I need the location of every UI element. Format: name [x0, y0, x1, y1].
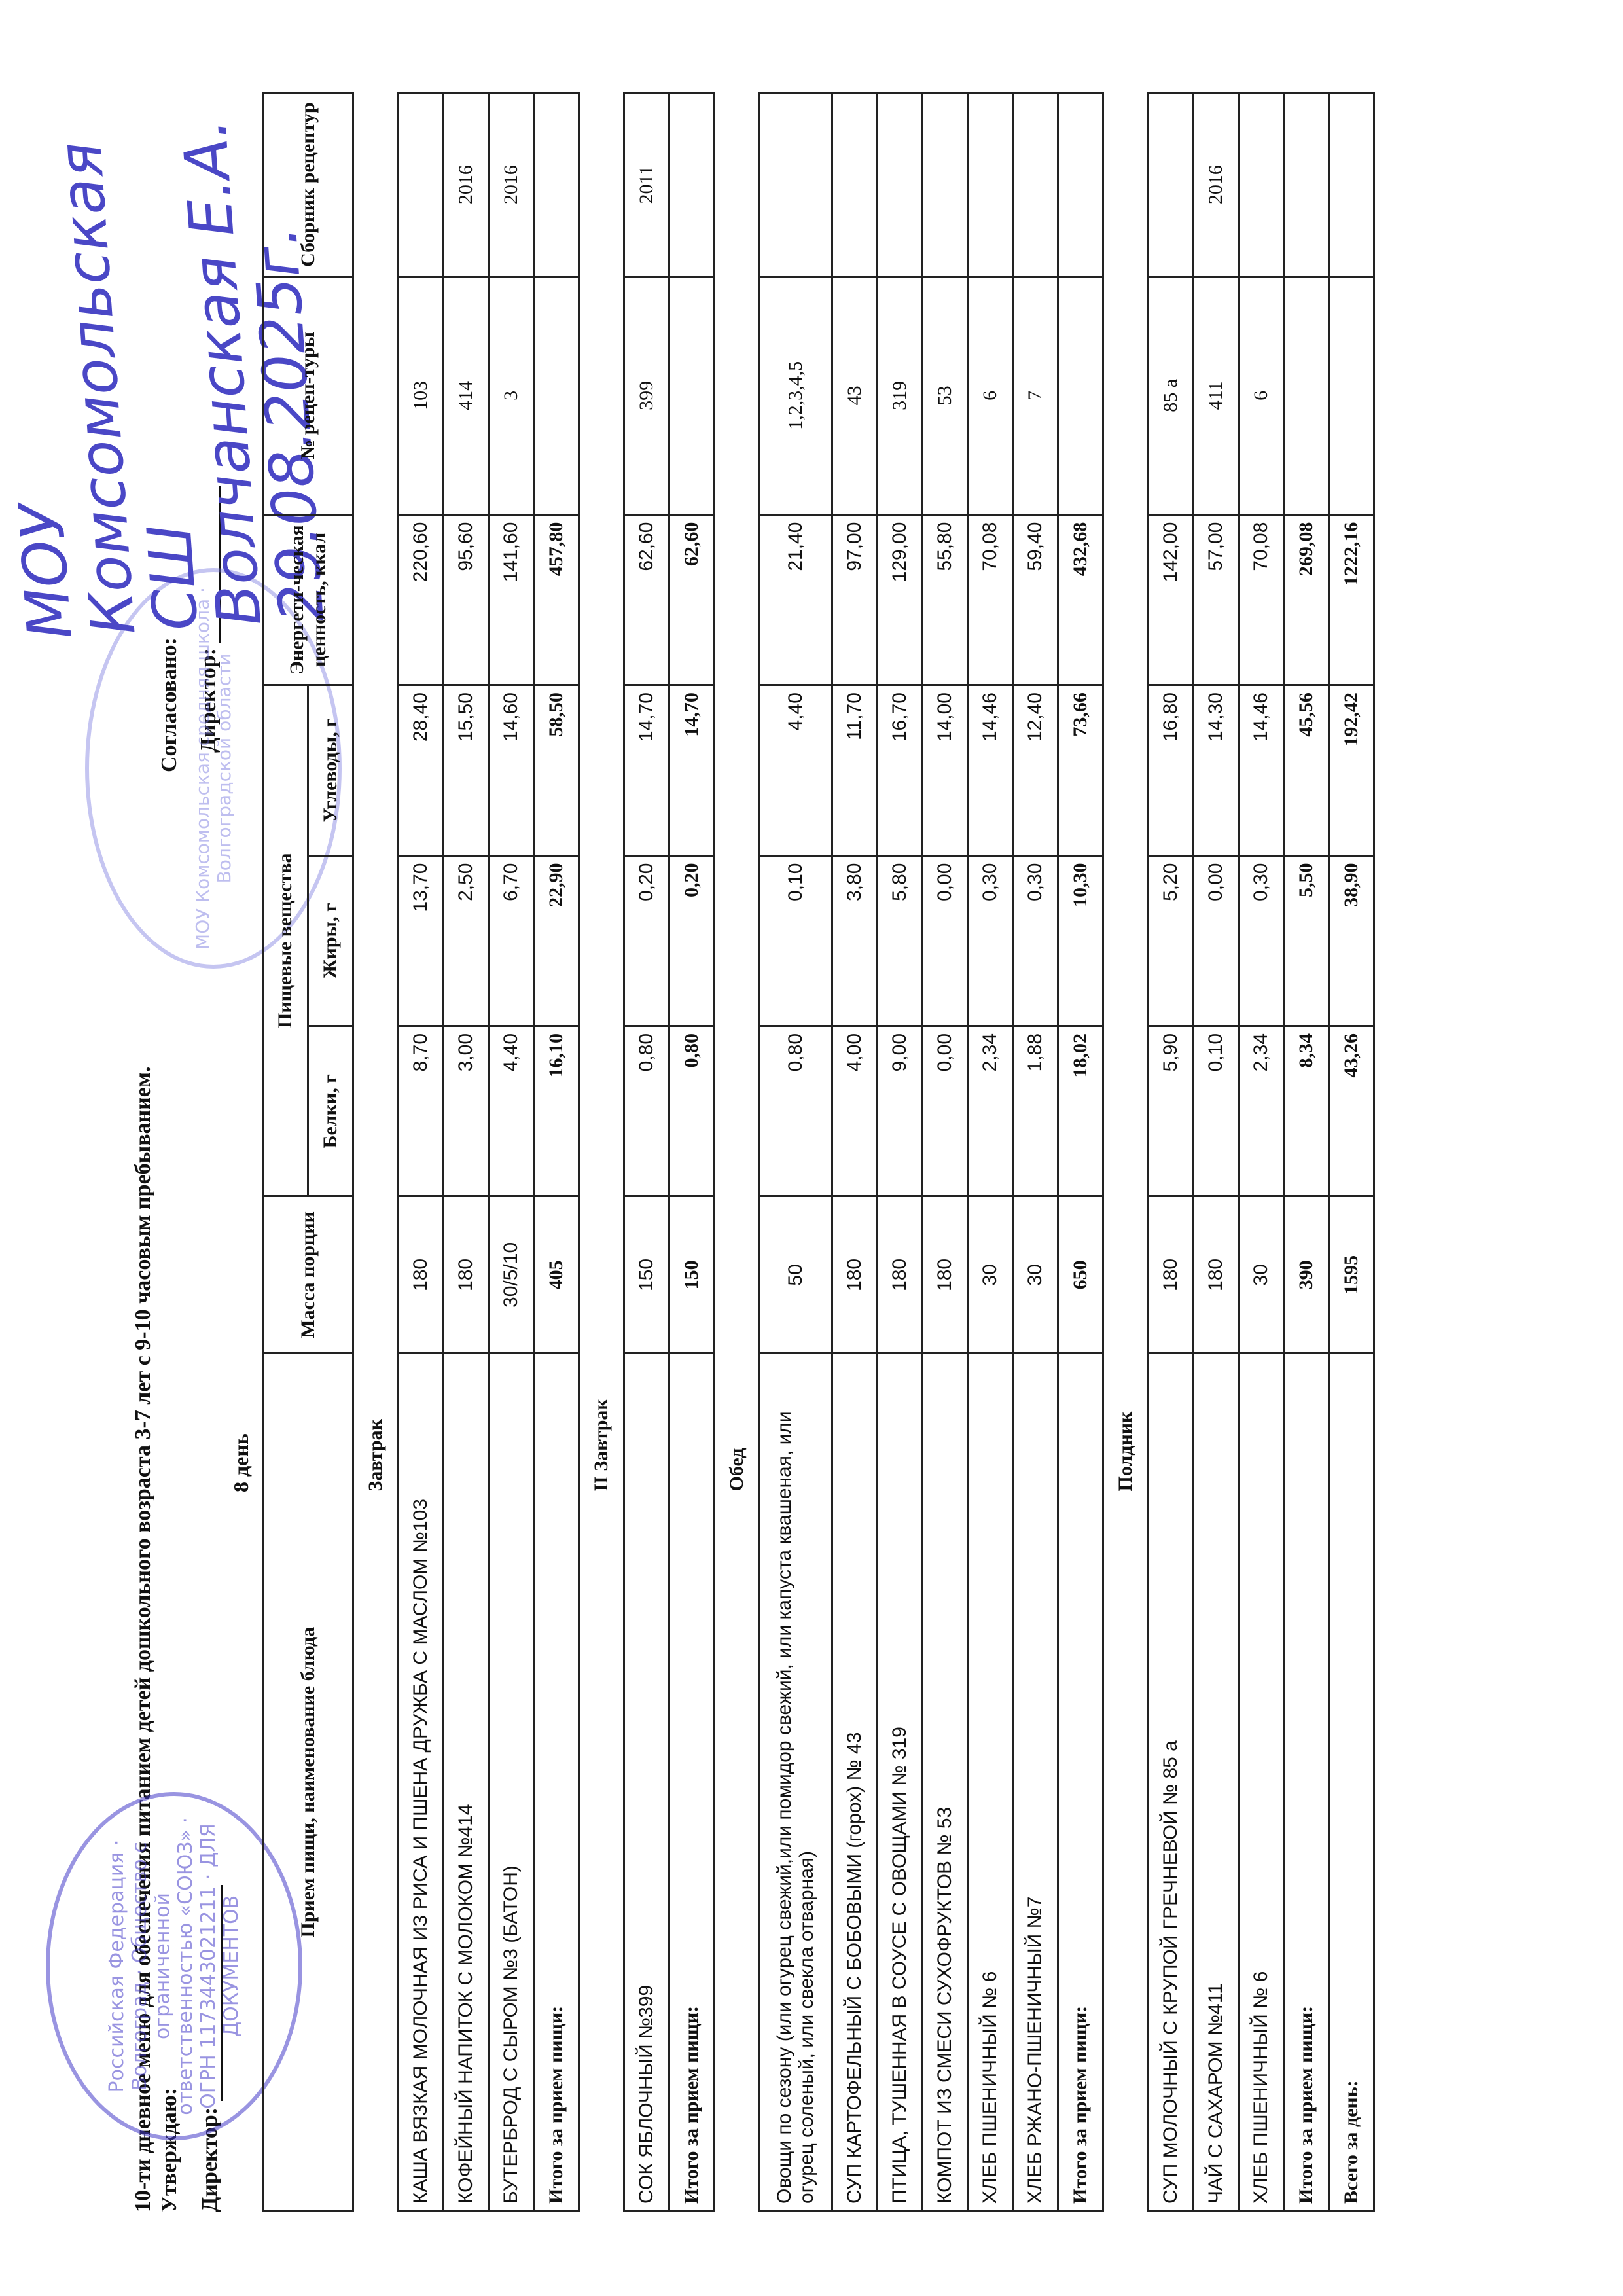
meal-total-row: Итого за прием пищи:65018,0210,3073,6643…	[1058, 93, 1103, 2212]
section-title: Завтрак	[353, 93, 399, 2212]
cell-carbs: 14,46	[968, 685, 1013, 855]
cell-name: СУП МОЛОЧНЫЙ С КРУПОЙ ГРЕЧНЕВОЙ № 85 а	[1149, 1354, 1194, 2212]
cell-name: КОФЕЙНЫЙ НАПИТОК С МОЛОКОМ №414	[444, 1354, 489, 2212]
cell-protein: 8,70	[399, 1026, 444, 1196]
cell-recipe: 6	[1239, 277, 1284, 514]
cell-mass: 180	[444, 1196, 489, 1354]
cell-protein: 0,00	[923, 1026, 968, 1196]
cell-carbs: 14,70	[669, 685, 715, 855]
cell-protein: 2,34	[968, 1026, 1013, 1196]
cell-energy: 21,40	[760, 514, 832, 685]
cell-collection	[1058, 93, 1103, 277]
table-row: ПТИЦА, ТУШЕННАЯ В СОУСЕ С ОВОЩАМИ № 3191…	[878, 93, 923, 2212]
cell-name: Итого за прием пищи:	[669, 1354, 715, 2212]
cell-recipe	[1058, 277, 1103, 514]
cell-fat: 5,80	[878, 855, 923, 1026]
cell-name: Итого за прием пищи:	[1284, 1354, 1329, 2212]
cell-name: ХЛЕБ ПШЕНИЧНЫЙ № 6	[968, 1354, 1013, 2212]
stamp-text: Российская Федерация · Волгоград · Общес…	[105, 1796, 243, 2136]
cell-name: СУП КАРТОФЕЛЬНЫЙ С БОБОВЫМИ (горох) № 43	[832, 1354, 878, 2212]
cell-mass: 180	[878, 1196, 923, 1354]
cell-fat: 0,00	[1194, 855, 1239, 1026]
cell-name: Итого за прием пищи:	[534, 1354, 579, 2212]
cell-mass: 30	[1239, 1196, 1284, 1354]
cell-carbs: 14,00	[923, 685, 968, 855]
cell-fat: 0,20	[624, 855, 669, 1026]
cell-energy: 62,60	[669, 514, 715, 685]
cell-fat: 13,70	[399, 855, 444, 1026]
cell-recipe: 85 а	[1149, 277, 1194, 514]
cell-carbs: 16,80	[1149, 685, 1194, 855]
cell-collection	[1013, 93, 1058, 277]
cell-protein: 8,34	[1284, 1026, 1329, 1196]
cell-fat: 22,90	[534, 855, 579, 1026]
cell-carbs: 15,50	[444, 685, 489, 855]
menu-table: Прием пищи, наименование блюда Масса пор…	[262, 92, 1375, 2212]
cell-mass: 180	[832, 1196, 878, 1354]
cell-carbs: 12,40	[1013, 685, 1058, 855]
cell-recipe	[1329, 277, 1374, 514]
section-title: Полдник	[1103, 93, 1149, 2212]
cell-fat: 0,20	[669, 855, 715, 1026]
cell-name: ХЛЕБ ПШЕНИЧНЫЙ № 6	[1239, 1354, 1284, 2212]
table-row: ХЛЕБ ПШЕНИЧНЫЙ № 6302,340,3014,4670,086	[968, 93, 1013, 2212]
cell-carbs: 14,70	[624, 685, 669, 855]
cell-name: СОК ЯБЛОЧНЫЙ №399	[624, 1354, 669, 2212]
table-row: БУТЕРБРОД С СЫРОМ №3 (БАТОН)30/5/104,406…	[489, 93, 534, 2212]
col-header-carbs: Углеводы, г	[308, 685, 353, 855]
menu-document: 10-ти дневное меню для обеспечения питан…	[157, 52, 1518, 2212]
cell-mass: 30	[1013, 1196, 1058, 1354]
cell-mass: 150	[624, 1196, 669, 1354]
col-header-name: Прием пищи, наименование блюда	[263, 1354, 353, 2212]
cell-fat: 3,80	[832, 855, 878, 1026]
cell-carbs: 192,42	[1329, 685, 1374, 855]
table-row: СУП КАРТОФЕЛЬНЫЙ С БОБОВЫМИ (горох) № 43…	[832, 93, 878, 2212]
cell-mass: 30	[968, 1196, 1013, 1354]
cell-recipe: 414	[444, 277, 489, 514]
section-header-row: II Завтрак	[579, 93, 624, 2212]
cell-collection: 2016	[1194, 93, 1239, 277]
cell-fat: 5,20	[1149, 855, 1194, 1026]
col-header-protein: Белки, г	[308, 1026, 353, 1196]
table-row: ХЛЕБ ПШЕНИЧНЫЙ № 6302,340,3014,4670,086	[1239, 93, 1284, 2212]
cell-mass: 405	[534, 1196, 579, 1354]
cell-recipe: 399	[624, 277, 669, 514]
section-header-row: Завтрак	[353, 93, 399, 2212]
table-row: ЧАЙ С САХАРОМ №4111800,100,0014,3057,004…	[1194, 93, 1239, 2212]
col-header-energy: Энергети-ческая ценность, ккал	[263, 514, 353, 685]
cell-fat: 0,10	[760, 855, 832, 1026]
cell-recipe: 7	[1013, 277, 1058, 514]
cell-collection	[1284, 93, 1329, 277]
cell-carbs: 14,30	[1194, 685, 1239, 855]
cell-energy: 70,08	[1239, 514, 1284, 685]
menu-table-body: ЗавтракКАША ВЯЗКАЯ МОЛОЧНАЯ ИЗ РИСА И ПШ…	[353, 93, 1374, 2212]
cell-collection: 2016	[489, 93, 534, 277]
cell-protein: 43,26	[1329, 1026, 1374, 1196]
cell-energy: 141,60	[489, 514, 534, 685]
cell-protein: 0,10	[1194, 1026, 1239, 1196]
cell-name: ПТИЦА, ТУШЕННАЯ В СОУСЕ С ОВОЩАМИ № 319	[878, 1354, 923, 2212]
meal-total-row: Итого за прием пищи:1500,800,2014,7062,6…	[669, 93, 715, 2212]
table-row: КОМПОТ ИЗ СМЕСИ СУХОФРУКТОВ № 531800,000…	[923, 93, 968, 2212]
table-row: ХЛЕБ РЖАНО-ПШЕНИЧНЫЙ №7301,880,3012,4059…	[1013, 93, 1058, 2212]
cell-energy: 95,60	[444, 514, 489, 685]
cell-collection	[923, 93, 968, 277]
cell-name: ХЛЕБ РЖАНО-ПШЕНИЧНЫЙ №7	[1013, 1354, 1058, 2212]
cell-carbs: 4,40	[760, 685, 832, 855]
cell-collection	[399, 93, 444, 277]
cell-mass: 180	[1194, 1196, 1239, 1354]
cell-energy: 129,00	[878, 514, 923, 685]
cell-mass: 180	[399, 1196, 444, 1354]
cell-protein: 16,10	[534, 1026, 579, 1196]
table-row: КОФЕЙНЫЙ НАПИТОК С МОЛОКОМ №4141803,002,…	[444, 93, 489, 2212]
table-row: КАША ВЯЗКАЯ МОЛОЧНАЯ ИЗ РИСА И ПШЕНА ДРУ…	[399, 93, 444, 2212]
cell-protein: 0,80	[760, 1026, 832, 1196]
cell-carbs: 58,50	[534, 685, 579, 855]
cell-name: КОМПОТ ИЗ СМЕСИ СУХОФРУКТОВ № 53	[923, 1354, 968, 2212]
cell-collection	[832, 93, 878, 277]
cell-name: БУТЕРБРОД С СЫРОМ №3 (БАТОН)	[489, 1354, 534, 2212]
cell-energy: 220,60	[399, 514, 444, 685]
col-header-collection: Сборник рецептур	[263, 93, 353, 277]
cell-mass: 50	[760, 1196, 832, 1354]
cell-energy: 55,80	[923, 514, 968, 685]
cell-name: КАША ВЯЗКАЯ МОЛОЧНАЯ ИЗ РИСА И ПШЕНА ДРУ…	[399, 1354, 444, 2212]
cell-collection	[878, 93, 923, 277]
cell-recipe: 53	[923, 277, 968, 514]
cell-protein: 0,80	[669, 1026, 715, 1196]
cell-carbs: 14,60	[489, 685, 534, 855]
cell-protein: 3,00	[444, 1026, 489, 1196]
cell-energy: 432,68	[1058, 514, 1103, 685]
cell-fat: 2,50	[444, 855, 489, 1026]
cell-energy: 62,60	[624, 514, 669, 685]
cell-fat: 0,30	[968, 855, 1013, 1026]
cell-energy: 1222,16	[1329, 514, 1374, 685]
cell-recipe: 411	[1194, 277, 1239, 514]
cell-mass: 390	[1284, 1196, 1329, 1354]
cell-fat: 10,30	[1058, 855, 1103, 1026]
section-header-row: Обед	[715, 93, 760, 2212]
cell-collection	[1149, 93, 1194, 277]
cell-name: Всего за день:	[1329, 1354, 1374, 2212]
cell-mass: 180	[923, 1196, 968, 1354]
cell-energy: 70,08	[968, 514, 1013, 685]
cell-protein: 4,00	[832, 1026, 878, 1196]
cell-collection	[968, 93, 1013, 277]
cell-collection: 2011	[624, 93, 669, 277]
cell-fat: 38,90	[1329, 855, 1374, 1026]
cell-protein: 9,00	[878, 1026, 923, 1196]
cell-name: ЧАЙ С САХАРОМ №411	[1194, 1354, 1239, 2212]
day-total-row: Всего за день:159543,2638,90192,421222,1…	[1329, 93, 1374, 2212]
cell-fat: 0,30	[1239, 855, 1284, 1026]
stamp-text: МОУ Комсомольская средняя школа · Волгог…	[192, 572, 235, 965]
cell-carbs: 73,66	[1058, 685, 1103, 855]
cell-energy: 457,80	[534, 514, 579, 685]
cell-collection	[1329, 93, 1374, 277]
col-header-recipe: № рецеп-туры	[263, 277, 353, 514]
cell-protein: 0,80	[624, 1026, 669, 1196]
cell-carbs: 16,70	[878, 685, 923, 855]
col-header-mass: Масса порции	[263, 1196, 353, 1354]
cell-fat: 0,30	[1013, 855, 1058, 1026]
section-title: Обед	[715, 93, 760, 2212]
table-row: СУП МОЛОЧНЫЙ С КРУПОЙ ГРЕЧНЕВОЙ № 85 а18…	[1149, 93, 1194, 2212]
cell-name: Итого за прием пищи:	[1058, 1354, 1103, 2212]
cell-recipe	[534, 277, 579, 514]
cell-mass: 1595	[1329, 1196, 1374, 1354]
day-label: 8 день	[229, 1433, 253, 1492]
cell-carbs: 45,56	[1284, 685, 1329, 855]
cell-recipe: 103	[399, 277, 444, 514]
cell-protein: 2,34	[1239, 1026, 1284, 1196]
cell-carbs: 11,70	[832, 685, 878, 855]
table-row: СОК ЯБЛОЧНЫЙ №3991500,800,2014,7062,6039…	[624, 93, 669, 2212]
cell-mass: 150	[669, 1196, 715, 1354]
cell-recipe: 3	[489, 277, 534, 514]
meal-total-row: Итого за прием пищи:3908,345,5045,56269,…	[1284, 93, 1329, 2212]
cell-mass: 30/5/10	[489, 1196, 534, 1354]
cell-fat: 0,00	[923, 855, 968, 1026]
cell-recipe	[1284, 277, 1329, 514]
section-title: II Завтрак	[579, 93, 624, 2212]
cell-collection	[760, 93, 832, 277]
cell-mass: 180	[1149, 1196, 1194, 1354]
cell-recipe	[669, 277, 715, 514]
cell-mass: 650	[1058, 1196, 1103, 1354]
cell-recipe: 6	[968, 277, 1013, 514]
cell-collection: 2016	[444, 93, 489, 277]
cell-protein: 18,02	[1058, 1026, 1103, 1196]
cell-collection	[669, 93, 715, 277]
cell-energy: 59,40	[1013, 514, 1058, 685]
cell-fat: 6,70	[489, 855, 534, 1026]
cell-energy: 57,00	[1194, 514, 1239, 685]
cell-carbs: 28,40	[399, 685, 444, 855]
cell-recipe: 319	[878, 277, 923, 514]
cell-energy: 97,00	[832, 514, 878, 685]
col-header-fat: Жиры, г	[308, 855, 353, 1026]
cell-carbs: 14,46	[1239, 685, 1284, 855]
cell-fat: 5,50	[1284, 855, 1329, 1026]
cell-collection	[534, 93, 579, 277]
cell-protein: 5,90	[1149, 1026, 1194, 1196]
cell-protein: 4,40	[489, 1026, 534, 1196]
col-header-nutrients: Пищевые вещества	[263, 685, 308, 1196]
cell-name: Овощи по сезону (или огурец свежий,или п…	[760, 1354, 832, 2212]
section-header-row: Полдник	[1103, 93, 1149, 2212]
cell-energy: 142,00	[1149, 514, 1194, 685]
cell-energy: 269,08	[1284, 514, 1329, 685]
cell-recipe: 43	[832, 277, 878, 514]
table-row: Овощи по сезону (или огурец свежий,или п…	[760, 93, 832, 2212]
cell-collection	[1239, 93, 1284, 277]
meal-total-row: Итого за прием пищи:40516,1022,9058,5045…	[534, 93, 579, 2212]
cell-recipe: 1,2,3,4,5	[760, 277, 832, 514]
cell-protein: 1,88	[1013, 1026, 1058, 1196]
